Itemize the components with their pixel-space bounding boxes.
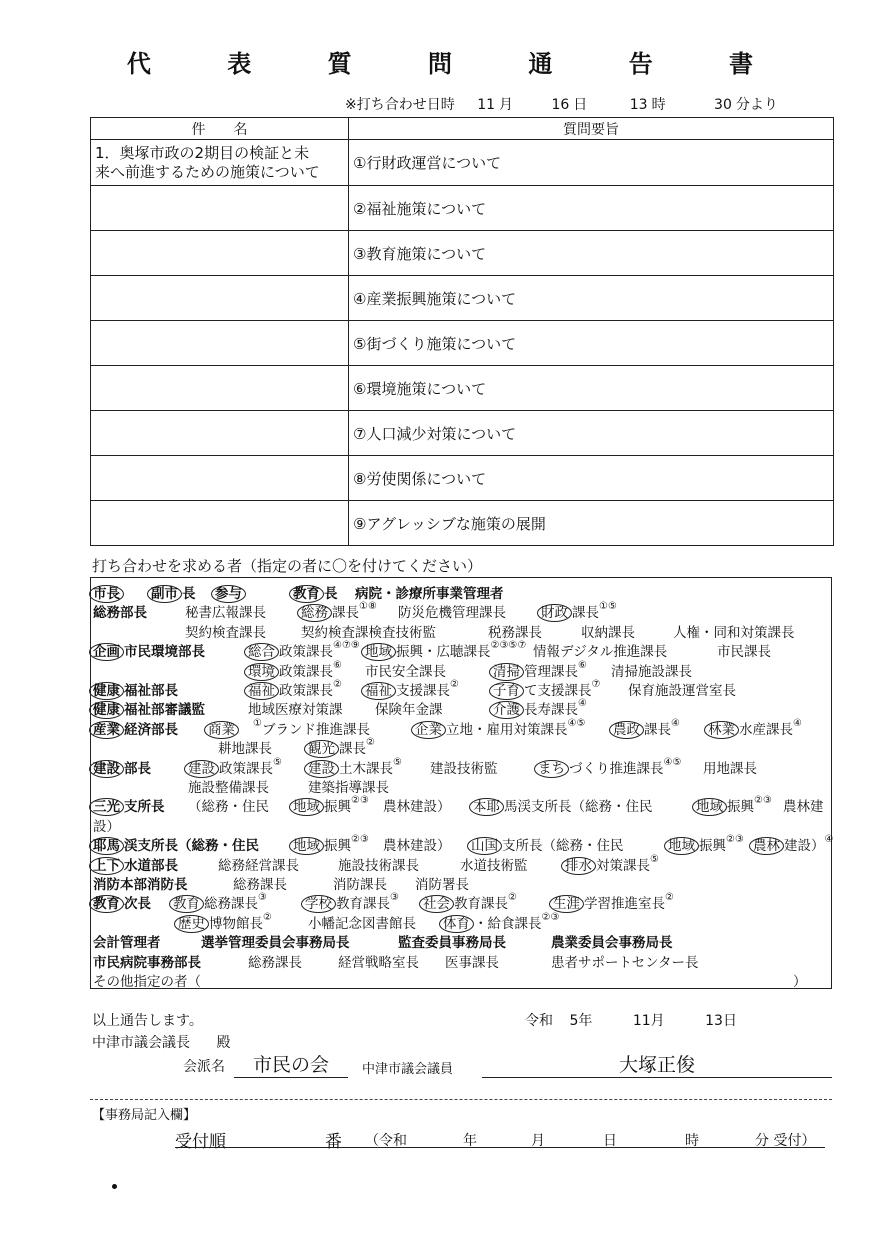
staff-item-label: 収納課長 xyxy=(581,625,635,641)
staff-item-label-rest: 建設） xyxy=(784,838,825,854)
staff-item-circled[interactable]: 健康福祉部審議監 xyxy=(93,698,205,718)
staff-item[interactable]: 消防本部消防長 xyxy=(93,873,188,893)
staff-item[interactable]: 医事課長 xyxy=(445,951,499,971)
circle-mark-icon: 企業 xyxy=(411,721,446,739)
staff-item[interactable]: 用地課長 xyxy=(703,757,757,777)
staff-item[interactable]: 防災危機管理課長 xyxy=(398,601,506,621)
staff-item-circled[interactable]: 三光支所長 xyxy=(93,795,165,815)
circle-mark-icon: 清掃 xyxy=(489,663,524,681)
circle-mark-icon: 財政 xyxy=(537,604,572,622)
staff-item-label: （総務・住民 xyxy=(188,799,269,815)
meeting-minute: 30 xyxy=(714,97,732,113)
date-day-unit: 日 xyxy=(723,1013,737,1029)
meeting-hour-unit: 時 xyxy=(652,97,666,113)
staff-item-circled[interactable]: 清掃管理課長⑥ xyxy=(493,660,587,680)
staff-item[interactable]: （総務・住民 xyxy=(188,795,269,815)
staff-item[interactable]: 総務経営課長 xyxy=(218,854,299,874)
topic-mark: ①⑤ xyxy=(599,601,617,612)
receipt-number-unit: 番 xyxy=(325,1127,342,1152)
circle-mark-icon: 地域 xyxy=(692,798,727,816)
staff-item-circled[interactable]: 地域振興・広聴課長②③⑤⑦ xyxy=(365,640,526,660)
circle-mark-icon: 参与 xyxy=(211,585,246,603)
date-era: 令和 xyxy=(525,1013,553,1029)
staff-item-label-rest: 福祉部長 xyxy=(124,683,178,699)
circle-mark-icon: 林業 xyxy=(704,721,739,739)
staff-item-label-rest: 振興・広聴課長 xyxy=(396,644,491,660)
staff-item[interactable]: 総務部長 xyxy=(93,601,147,621)
staff-item-label-rest: づくり推進課長 xyxy=(569,761,664,777)
staff-item[interactable]: 農林建設） xyxy=(383,834,451,854)
circle-mark-icon: 山国 xyxy=(467,837,502,855)
staff-item-label-rest: 長 xyxy=(324,586,338,602)
staff-item-label: その他指定の者（ xyxy=(93,974,201,990)
topic-mark: ⑤ xyxy=(273,757,282,768)
circle-mark-icon: 福祉 xyxy=(244,682,279,700)
receipt-hour-unit: 時 xyxy=(685,1130,699,1150)
subject-cell-empty xyxy=(91,366,349,411)
staff-item-label-rest: 長 xyxy=(182,586,196,602)
staff-item[interactable]: 消防署長 xyxy=(415,873,469,893)
addressee: 中津市議会議長 殿 xyxy=(92,1032,230,1052)
staff-item-label-rest: 学習推進室長 xyxy=(584,896,665,912)
staff-item-label: 総務経営課長 xyxy=(218,858,299,874)
staff-item-label: 選挙管理委員会事務局長 xyxy=(201,935,350,951)
staff-item-label: 税務課長 xyxy=(488,625,542,641)
receipt-label: 受付順 xyxy=(175,1127,226,1152)
staff-item[interactable]: 地域医療対策課 xyxy=(248,698,343,718)
topic-mark: ③ xyxy=(390,892,399,903)
date-month: 11 xyxy=(633,1013,651,1029)
circle-mark-icon: 建設 xyxy=(184,760,219,778)
circle-mark-icon: 市長 xyxy=(89,585,124,603)
staff-item-circled[interactable]: 建設土木課長⑤ xyxy=(308,757,402,777)
staff-item-label: 小幡記念図書館長 xyxy=(308,916,416,932)
staff-item-label: 患者サポートセンター長 xyxy=(551,955,699,971)
staff-item[interactable]: 農林建 xyxy=(783,795,824,815)
circle-mark-icon: 企画 xyxy=(89,643,124,661)
staff-item-label: 監査委員事務局長 xyxy=(398,935,506,951)
circle-mark-icon: 本耶 xyxy=(469,798,504,816)
meeting-hour: 13 xyxy=(630,97,648,113)
staff-item-circled[interactable]: 健康福祉部長 xyxy=(93,679,178,699)
circle-mark-icon: 介護 xyxy=(489,701,524,719)
circle-mark-icon: 生涯 xyxy=(549,895,584,913)
question-table: 件 名 質問要旨 1．奥塚市政の2期目の検証と未 来へ前進するための施策について… xyxy=(90,117,834,546)
meeting-month-unit: 月 xyxy=(499,97,513,113)
subject-cell-empty xyxy=(91,186,349,231)
point-9: ⑨アグレッシブな施策の展開 xyxy=(349,501,834,546)
staff-item-circled[interactable]: 福祉支援課長② xyxy=(365,679,459,699)
topic-mark: ② xyxy=(450,679,459,690)
date-day: 13 xyxy=(705,1013,723,1029)
staff-item-label: 会計管理者 xyxy=(93,935,161,951)
circle-mark-icon: 子育 xyxy=(489,682,524,700)
circle-mark-icon: 地域 xyxy=(664,837,699,855)
topic-mark: ① xyxy=(253,718,262,729)
circle-mark-icon: 教育 xyxy=(289,585,324,603)
staff-item-label-rest: 部長 xyxy=(124,761,151,777)
staff-item-label-rest: 支所長（総務・住民 xyxy=(502,838,624,854)
staff-item-label-rest: 管理課長 xyxy=(524,664,578,680)
staff-item[interactable]: 病院・診療所事業管理者 xyxy=(355,582,504,602)
topic-mark: ② xyxy=(508,892,517,903)
subject-cell-empty xyxy=(91,456,349,501)
divider-dashed xyxy=(90,1099,832,1100)
staff-item[interactable]: その他指定の者（ xyxy=(93,970,201,990)
staff-item-label-rest: 立地・雇用対策課長 xyxy=(446,722,568,738)
subject-cell-empty xyxy=(91,411,349,456)
staff-item-circled[interactable]: 耶馬渓支所長（総務・住民 xyxy=(93,834,259,854)
staff-item-label-rest: 課長 xyxy=(339,741,366,757)
staff-item[interactable]: 施設技術課長 xyxy=(338,854,419,874)
staff-item[interactable]: 市民安全課長 xyxy=(365,660,446,680)
staff-item-circled[interactable]: 地域振興②③ xyxy=(293,795,369,815)
circle-mark-icon: 総務 xyxy=(297,604,332,622)
topic-mark: ④⑤ xyxy=(568,718,586,729)
staff-item-circled[interactable]: 山国支所長（総務・住民 xyxy=(471,834,624,854)
document-title: 代 表 質 問 通 告 書 xyxy=(0,44,880,79)
staff-list-box: 市長副市長参与教育長病院・診療所事業管理者総務部長秘書広報課長総務課長①⑧防災危… xyxy=(90,577,832,989)
staff-item-label: 施設整備課長 xyxy=(188,780,269,796)
staff-item[interactable]: 小幡記念図書館長 xyxy=(308,912,416,932)
notice-date: 令和 5年 11月 13日 xyxy=(525,1010,737,1030)
staff-item-label-rest: 教育課長 xyxy=(336,896,390,912)
staff-item-label: 総務課長 xyxy=(233,877,287,893)
topic-mark: ⑥ xyxy=(578,660,587,671)
staff-item-label-rest: 経済部長 xyxy=(124,722,178,738)
circle-mark-icon: 副市 xyxy=(147,585,182,603)
staff-item-label-rest: て支援課長 xyxy=(524,683,592,699)
staff-item[interactable]: 設） xyxy=(93,815,120,835)
meeting-month: 11 xyxy=(477,97,495,113)
staff-item-circled[interactable]: 上下水道部長 xyxy=(93,854,178,874)
meeting-day-unit: 日 xyxy=(573,97,587,113)
staff-item-circled[interactable]: 介護長寿課長④ xyxy=(493,698,587,718)
circle-mark-icon: 教育 xyxy=(169,895,204,913)
topic-mark: ②③ xyxy=(726,834,744,845)
staff-item-label-rest: 水産課長 xyxy=(739,722,793,738)
staff-item[interactable]: 保険年金課 xyxy=(375,698,443,718)
point-8: ⑧労使関係について xyxy=(349,456,834,501)
header-summary: 質問要旨 xyxy=(349,118,834,140)
office-section-label: 【事務局記入欄】 xyxy=(92,1104,196,1123)
staff-item-label: 消防課長 xyxy=(333,877,387,893)
staff-item-label-rest: 博物館長 xyxy=(209,916,263,932)
circle-mark-icon: 農政 xyxy=(609,721,644,739)
staff-item-circled[interactable]: 社会教育課長② xyxy=(423,892,517,912)
receipt-year-unit: 年 xyxy=(463,1130,477,1150)
staff-item-label: 農林建設） xyxy=(383,838,451,854)
point-4: ④産業振興施策について xyxy=(349,276,834,321)
staff-item-label-rest: 政策課長 xyxy=(279,664,333,680)
circle-mark-icon: 地域 xyxy=(361,643,396,661)
topic-mark: ⑤ xyxy=(393,757,402,768)
subject-line-2: 来へ前進するための施策について xyxy=(95,163,344,182)
staff-item-label: 消防本部消防長 xyxy=(93,877,188,893)
staff-item-label-rest: ・給食課長 xyxy=(474,916,542,932)
staff-item-circled[interactable]: 教育総務課長③ xyxy=(173,892,267,912)
staff-item[interactable]: 税務課長 xyxy=(488,621,542,641)
receipt-line: 受付順 番 （令和 年 月 日 時 分 受付） xyxy=(175,1127,825,1148)
staff-item-label-rest: 政策課長 xyxy=(279,683,333,699)
member-name: 大塚正俊 xyxy=(482,1050,832,1078)
staff-item-circled[interactable]: 観光課長② xyxy=(308,737,375,757)
staff-item-label-rest: 次長 xyxy=(124,896,151,912)
staff-item[interactable]: 経営戦略室長 xyxy=(338,951,419,971)
staff-item-label: 総務部長 xyxy=(93,605,147,621)
date-year-unit: 年 xyxy=(578,1013,592,1029)
receipt-minute-unit: 分 受付） xyxy=(755,1130,815,1150)
staff-item[interactable]: 施設整備課長 xyxy=(188,776,269,796)
staff-item-label-rest: 福祉部審議監 xyxy=(124,702,205,718)
staff-item-label-rest: 課長 xyxy=(572,605,599,621)
staff-item-circled[interactable]: 建設政策課長⑤ xyxy=(188,757,282,777)
staff-item-label: 秘書広報課長 xyxy=(185,605,266,621)
staff-item-circled[interactable]: 農政課長④ xyxy=(613,718,680,738)
staff-item-circled[interactable]: 副市長 xyxy=(151,582,196,602)
circle-mark-icon: 体育 xyxy=(439,915,474,933)
faction-value: 市民の会 xyxy=(234,1050,348,1078)
topic-mark: ②③ xyxy=(351,795,369,806)
staff-item[interactable]: 建設技術監 xyxy=(430,757,498,777)
staff-item[interactable]: 保育施設運営室長 xyxy=(628,679,736,699)
circle-mark-icon: 産業 xyxy=(89,721,124,739)
staff-item-label: 市民病院事務部長 xyxy=(93,955,201,971)
staff-item-circled[interactable]: 林業水産課長④ xyxy=(708,718,802,738)
staff-item-circled[interactable]: 教育長 xyxy=(293,582,338,602)
point-5: ⑤街づくり施策について xyxy=(349,321,834,366)
staff-item[interactable]: 契約検査課検査技術監 xyxy=(301,621,436,641)
staff-item-label: 清掃施設課長 xyxy=(611,664,692,680)
staff-item-label: 耕地課長 xyxy=(218,741,272,757)
staff-item-label: 病院・診療所事業管理者 xyxy=(355,586,504,602)
honorific: 殿 xyxy=(216,1035,230,1051)
staff-item[interactable]: 選挙管理委員会事務局長 xyxy=(201,931,350,951)
staff-item-label-rest: 支援課長 xyxy=(396,683,450,699)
topic-mark: ② xyxy=(263,912,272,923)
staff-item-label: 人権・同和対策課長 xyxy=(673,625,795,641)
staff-item-label-rest: 総務課長 xyxy=(204,896,258,912)
meeting-day: 16 xyxy=(551,97,569,113)
staff-item-label: 経営戦略室長 xyxy=(338,955,419,971)
staff-item-label: 設） xyxy=(93,819,120,835)
topic-mark: ④ xyxy=(578,698,587,709)
staff-item-circled[interactable]: 教育次長 xyxy=(93,892,151,912)
staff-item-circled[interactable]: 市長 xyxy=(93,582,124,602)
staff-item[interactable]: 農林建設） xyxy=(383,795,451,815)
staff-item[interactable]: ①ブランド推進課長 xyxy=(253,718,370,738)
staff-item-label: 農業委員会事務局長 xyxy=(551,935,673,951)
staff-item-circled[interactable]: 生涯学習推進室長② xyxy=(553,892,674,912)
staff-item-label-rest: 政策課長 xyxy=(219,761,273,777)
staff-item-circled[interactable]: 学校教育課長③ xyxy=(305,892,399,912)
staff-item[interactable]: 市民病院事務部長 xyxy=(93,951,201,971)
topic-mark: ⑥ xyxy=(333,660,342,671)
circle-mark-icon: 商業 xyxy=(204,721,239,739)
staff-item[interactable]: 清掃施設課長 xyxy=(611,660,692,680)
circle-mark-icon: 総合 xyxy=(244,643,279,661)
receipt-month-unit: 月 xyxy=(531,1130,545,1150)
topic-mark: ④⑦⑨ xyxy=(333,640,360,651)
staff-item-circled[interactable]: 建設部長 xyxy=(93,757,151,777)
staff-item-label: 用地課長 xyxy=(703,761,757,777)
staff-item[interactable]: 契約検査課長 xyxy=(185,621,266,641)
staff-item[interactable]: 総務課長 xyxy=(248,951,302,971)
staff-item[interactable]: 総務課長 xyxy=(233,873,287,893)
staff-item-label: 市民安全課長 xyxy=(365,664,446,680)
point-3: ③教育施策について xyxy=(349,231,834,276)
staff-item-circled[interactable]: 地域振興②③ xyxy=(293,834,369,854)
point-1: ①行財政運営について xyxy=(349,140,834,186)
staff-item-label: 保険年金課 xyxy=(375,702,443,718)
topic-mark: ④ xyxy=(825,834,834,845)
staff-item-label: 建築指導課長 xyxy=(308,780,389,796)
staff-item-label: 水道技術監 xyxy=(460,858,528,874)
staff-item[interactable]: 建築指導課長 xyxy=(308,776,389,796)
staff-item-label: 施設技術課長 xyxy=(338,858,419,874)
staff-item-label-rest: 水道部長 xyxy=(124,858,178,874)
meeting-label: ※打ち合わせ日時 xyxy=(345,97,455,113)
staff-item-circled[interactable]: 体育・給食課長②③ xyxy=(443,912,559,932)
topic-mark: ⑦ xyxy=(592,679,601,690)
topic-mark: ② xyxy=(665,892,674,903)
circle-mark-icon: 建設 xyxy=(304,760,339,778)
topic-mark: ③ xyxy=(258,892,267,903)
topic-mark: ②③ xyxy=(542,912,560,923)
staff-item-label: 消防署長 xyxy=(415,877,469,893)
staff-item-label: 農林建 xyxy=(783,799,824,815)
staff-item-label-rest: 振興 xyxy=(699,838,726,854)
circle-mark-icon: 健康 xyxy=(89,682,124,700)
subject-cell-empty xyxy=(91,501,349,546)
topic-mark: ②③ xyxy=(754,795,772,806)
staff-item-circled[interactable]: 参与 xyxy=(215,582,246,602)
staff-item-label: 農林建設） xyxy=(383,799,451,815)
staff-item-label: 情報デジタル推進課長 xyxy=(533,644,667,660)
staff-item-label: 建設技術監 xyxy=(430,761,498,777)
staff-item-label: 契約検査課検査技術監 xyxy=(301,625,436,641)
staff-item-circled[interactable]: 子育て支援課長⑦ xyxy=(493,679,600,699)
topic-mark: ①⑧ xyxy=(359,601,377,612)
topic-mark: ④⑤ xyxy=(664,757,682,768)
circle-mark-icon: 建設 xyxy=(89,760,124,778)
meeting-minute-unit: 分より xyxy=(736,97,778,113)
topic-mark: ② xyxy=(366,737,375,748)
subject-cell-empty xyxy=(91,276,349,321)
staff-item-label: ブランド推進課長 xyxy=(262,722,370,738)
topic-mark: ②③ xyxy=(351,834,369,845)
staff-item-label: 地域医療対策課 xyxy=(248,702,343,718)
notice-text: 以上通告します。 xyxy=(92,1010,203,1030)
staff-item-label-rest: 課長 xyxy=(332,605,359,621)
staff-item[interactable]: 会計管理者 xyxy=(93,931,161,951)
circle-mark-icon: 社会 xyxy=(419,895,454,913)
staff-item-circled[interactable]: 排水対策課長⑤ xyxy=(565,854,659,874)
circle-mark-icon: 学校 xyxy=(301,895,336,913)
circle-mark-icon: 三光 xyxy=(89,798,124,816)
staff-item-label-rest: 馬渓支所長（総務・住民 xyxy=(504,799,653,815)
topic-mark: ⑤ xyxy=(650,854,659,865)
circle-mark-icon: まち xyxy=(534,760,569,778)
staff-item[interactable]: ） xyxy=(793,970,807,990)
staff-item-circled[interactable]: 歴史博物館長② xyxy=(178,912,272,932)
staff-item[interactable]: 耕地課長 xyxy=(218,737,272,757)
topic-mark: ④ xyxy=(793,718,802,729)
staff-item-circled[interactable]: 総合政策課長④⑦⑨ xyxy=(248,640,360,660)
staff-item[interactable]: 消防課長 xyxy=(333,873,387,893)
staff-item[interactable]: 患者サポートセンター長 xyxy=(551,951,699,971)
faction-label: 会派名 xyxy=(183,1056,225,1076)
staff-item-label: 契約検査課長 xyxy=(185,625,266,641)
circle-mark-icon: 環境 xyxy=(244,663,279,681)
staff-item-label-rest: 市民環境部長 xyxy=(124,644,205,660)
staff-section-label: 打ち合わせを求める者（指定の者に〇を付けてください） xyxy=(92,555,482,576)
staff-item-label-rest: 政策課長 xyxy=(279,644,333,660)
staff-item-circled[interactable]: 財政課長①⑤ xyxy=(541,601,617,621)
topic-mark: ② xyxy=(333,679,342,690)
circle-mark-icon: 排水 xyxy=(561,857,596,875)
date-month-unit: 月 xyxy=(651,1013,665,1029)
staff-item-label: 市民課長 xyxy=(717,644,771,660)
staff-item[interactable]: 市民課長 xyxy=(717,640,771,660)
addressee-name: 中津市議会議長 xyxy=(92,1035,190,1051)
staff-item-label-rest: 振興 xyxy=(324,799,351,815)
staff-item-label-rest: 振興 xyxy=(727,799,754,815)
staff-item-circled[interactable]: 商業 xyxy=(208,718,239,738)
staff-item-label: 総務課長 xyxy=(248,955,302,971)
point-7: ⑦人口減少対策について xyxy=(349,411,834,456)
staff-item[interactable]: 人権・同和対策課長 xyxy=(673,621,795,641)
staff-item[interactable]: 監査委員事務局長 xyxy=(398,931,506,951)
staff-item-circled[interactable]: 環境政策課長⑥ xyxy=(248,660,342,680)
receipt-era: （令和 xyxy=(365,1130,407,1150)
staff-item[interactable]: 農業委員会事務局長 xyxy=(551,931,673,951)
staff-item-label: 保育施設運営室長 xyxy=(628,683,736,699)
circle-mark-icon: 耶馬 xyxy=(89,837,124,855)
staff-item-circled[interactable]: 地域振興②③ xyxy=(696,795,772,815)
member-label: 中津市議会議員 xyxy=(362,1058,453,1077)
staff-item-label-rest: 土木課長 xyxy=(339,761,393,777)
topic-mark: ④ xyxy=(671,718,680,729)
circle-mark-icon: 農林 xyxy=(749,837,784,855)
staff-item-circled[interactable]: 農林建設）④ xyxy=(753,834,833,854)
staff-item-label-rest: 渓支所長（総務・住民 xyxy=(124,838,259,854)
staff-item-label-rest: 支所長 xyxy=(124,799,165,815)
staff-item[interactable]: 秘書広報課長 xyxy=(185,601,266,621)
staff-item-circled[interactable]: 総務課長①⑧ xyxy=(301,601,377,621)
staff-item-circled[interactable]: 地域振興②③ xyxy=(668,834,744,854)
staff-item[interactable]: 水道技術監 xyxy=(460,854,528,874)
staff-item-circled[interactable]: 本耶馬渓支所長（総務・住民 xyxy=(473,795,653,815)
header-subject: 件 名 xyxy=(91,118,349,140)
staff-item[interactable]: 情報デジタル推進課長 xyxy=(533,640,667,660)
staff-item-label: ） xyxy=(793,974,807,990)
meeting-datetime: ※打ち合わせ日時 11月 16日 13時 30分より xyxy=(345,94,782,114)
circle-mark-icon: 歴史 xyxy=(174,915,209,933)
staff-item-circled[interactable]: 福祉政策課長② xyxy=(248,679,342,699)
circle-mark-icon: 福祉 xyxy=(361,682,396,700)
staff-item-label-rest: 対策課長 xyxy=(596,858,650,874)
circle-mark-icon: 教育 xyxy=(89,895,124,913)
staff-item-circled[interactable]: 企画市民環境部長 xyxy=(93,640,205,660)
staff-item-label-rest: 長寿課長 xyxy=(524,702,578,718)
staff-item-circled[interactable]: 産業経済部長 xyxy=(93,718,178,738)
staff-item-circled[interactable]: まちづくり推進課長④⑤ xyxy=(538,757,681,777)
staff-item-label-rest: 課長 xyxy=(644,722,671,738)
staff-item[interactable]: 収納課長 xyxy=(581,621,635,641)
subject-cell-empty xyxy=(91,321,349,366)
staff-item-circled[interactable]: 企業立地・雇用対策課長④⑤ xyxy=(415,718,585,738)
